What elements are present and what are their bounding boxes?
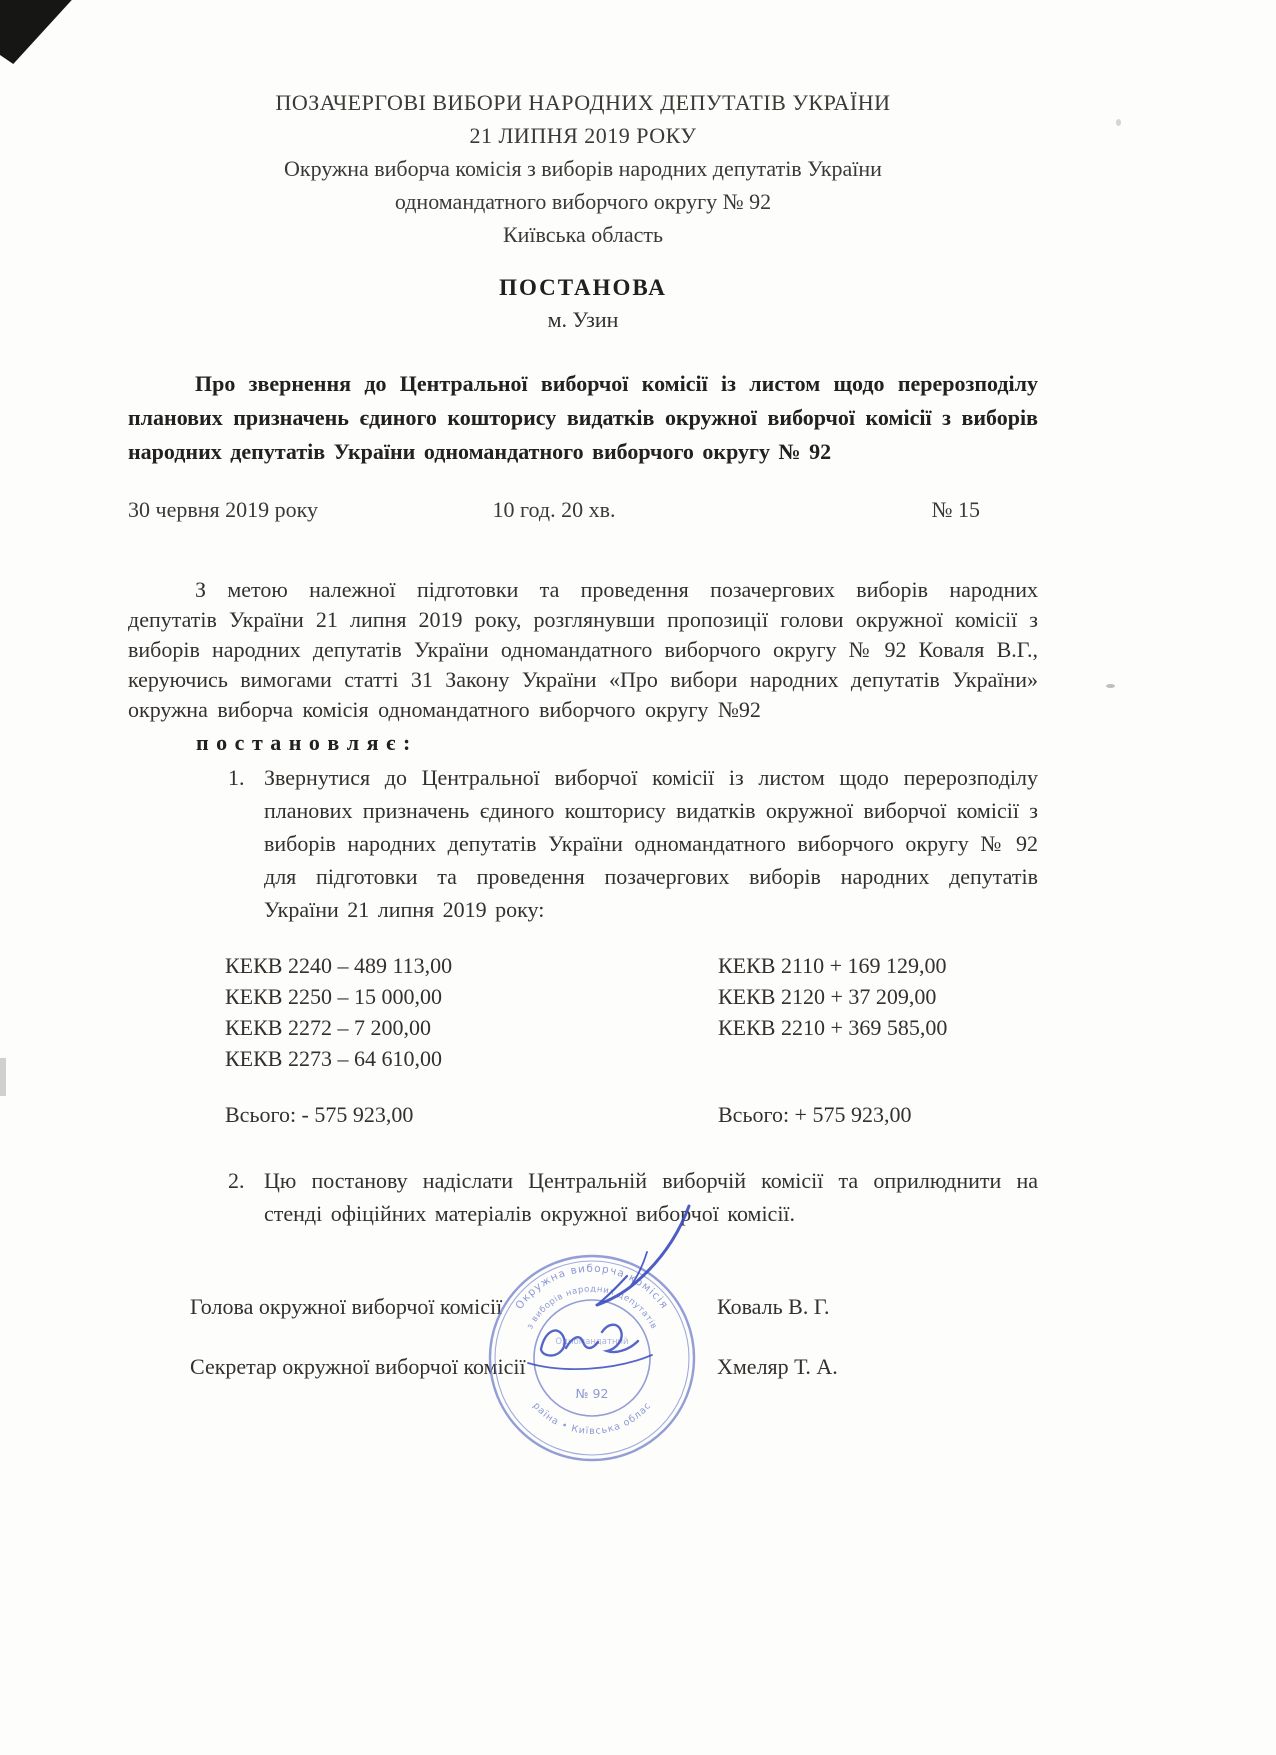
document-number: № 15 xyxy=(696,497,1038,523)
list-item-1: 1. Звернутися до Центральної виборчої ко… xyxy=(228,761,1038,926)
list-item-text: Звернутися до Центральної виборчої коміс… xyxy=(264,761,1038,926)
scan-edge-smudge xyxy=(0,1058,6,1096)
kekv-left-column: КЕКВ 2240 – 489 113,00 КЕКВ 2250 – 15 00… xyxy=(225,950,718,1074)
signature-role: Голова окружної виборчої комісії xyxy=(190,1294,717,1320)
document-time: 10 год. 20 хв. xyxy=(412,497,696,523)
kekv-line: КЕКВ 2272 – 7 200,00 xyxy=(225,1012,718,1043)
total-right: Всього: + 575 923,00 xyxy=(718,1102,911,1128)
signature-row-secretary: Секретар окружної виборчої комісії Хмеля… xyxy=(190,1354,1038,1380)
subject-paragraph: Про звернення до Центральної виборчої ко… xyxy=(128,367,1038,469)
kekv-table: КЕКВ 2240 – 489 113,00 КЕКВ 2250 – 15 00… xyxy=(225,950,1038,1074)
kekv-line: КЕКВ 2110 + 169 129,00 xyxy=(718,950,1038,981)
seal-center-number: № 92 xyxy=(576,1386,609,1401)
document-header: ПОЗАЧЕРГОВІ ВИБОРИ НАРОДНИХ ДЕПУТАТІВ УК… xyxy=(128,86,1038,251)
header-line: ПОЗАЧЕРГОВІ ВИБОРИ НАРОДНИХ ДЕПУТАТІВ УК… xyxy=(128,86,1038,119)
header-line: Київська область xyxy=(128,218,1038,251)
document-type-title: ПОСТАНОВА xyxy=(128,275,1038,301)
list-item-text: Цю постанову надіслати Центральній вибор… xyxy=(264,1164,1038,1230)
header-line: Окружна виборча комісія з виборів народн… xyxy=(128,152,1038,185)
scan-speck xyxy=(1116,119,1121,126)
signature-role: Секретар окружної виборчої комісії xyxy=(190,1354,717,1380)
header-line: 21 ЛИПНЯ 2019 РОКУ xyxy=(128,119,1038,152)
totals-row: Всього: - 575 923,00 Всього: + 575 923,0… xyxy=(225,1102,1038,1128)
meta-row: 30 червня 2019 року 10 год. 20 хв. № 15 xyxy=(128,497,1038,523)
kekv-line: КЕКВ 2240 – 489 113,00 xyxy=(225,950,718,981)
scan-speck xyxy=(1106,684,1115,688)
list-item-number: 1. xyxy=(228,761,264,926)
signature-name: Хмеляр Т. А. xyxy=(717,1354,838,1380)
scanned-document-page: ПОЗАЧЕРГОВІ ВИБОРИ НАРОДНИХ ДЕПУТАТІВ УК… xyxy=(0,0,1276,1755)
signature-row-head: Голова окружної виборчої комісії Коваль … xyxy=(190,1294,1038,1320)
kekv-line: КЕКВ 2250 – 15 000,00 xyxy=(225,981,718,1012)
list-item-number: 2. xyxy=(228,1164,264,1230)
document-city: м. Узин xyxy=(128,303,1038,337)
preamble-paragraph: З метою належної підготовки та проведенн… xyxy=(128,575,1038,725)
signature-name: Коваль В. Г. xyxy=(717,1294,830,1320)
kekv-line: КЕКВ 2273 – 64 610,00 xyxy=(225,1043,718,1074)
header-line: одномандатного виборчого округу № 92 xyxy=(128,185,1038,218)
document-date: 30 червня 2019 року xyxy=(128,497,412,523)
total-left: Всього: - 575 923,00 xyxy=(225,1102,718,1128)
kekv-line: КЕКВ 2210 + 369 585,00 xyxy=(718,1012,1038,1043)
list-item-2: 2. Цю постанову надіслати Центральній ви… xyxy=(228,1164,1038,1230)
kekv-right-column: КЕКВ 2110 + 169 129,00 КЕКВ 2120 + 37 20… xyxy=(718,950,1038,1074)
kekv-line: КЕКВ 2120 + 37 209,00 xyxy=(718,981,1038,1012)
resolves-label: п о с т а н о в л я є : xyxy=(196,727,1038,759)
